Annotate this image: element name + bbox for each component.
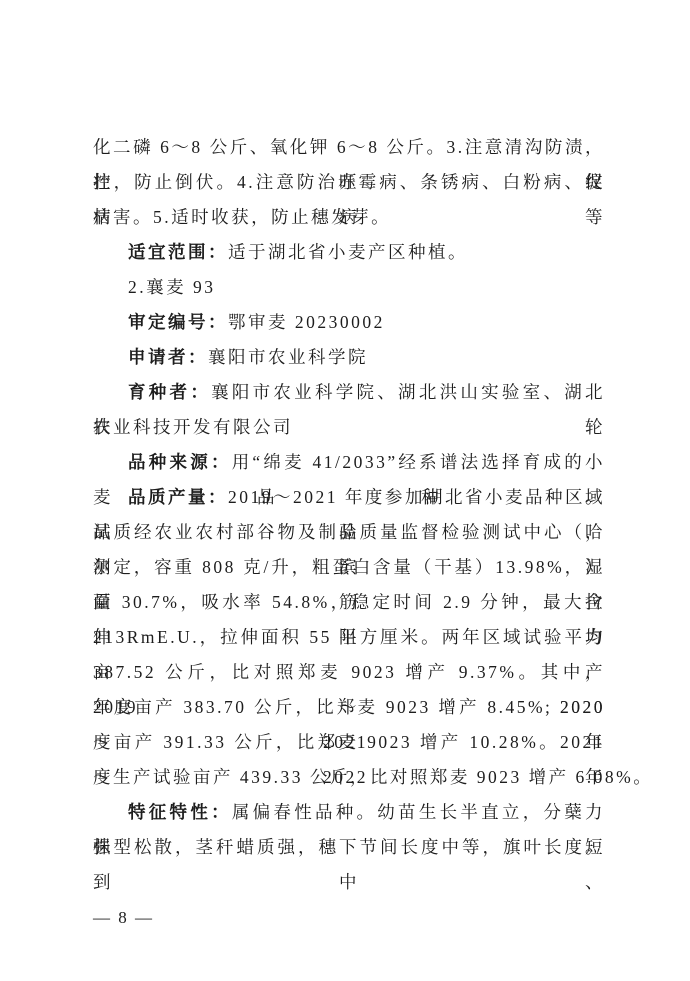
text-line: 审定编号：鄂审麦 20230002 — [93, 305, 605, 340]
text-line: 年度亩产 383.70 公斤，比郑麦 9023 增产 8.45%; 2020～2… — [93, 690, 605, 725]
field-label: 申请者： — [128, 347, 208, 367]
text-line: 度亩产 391.33 公斤，比郑麦 9023 增产 10.28%。2021～20… — [93, 725, 605, 760]
field-label: 育种者： — [128, 382, 211, 402]
document-body: 化二磷 6～8 公斤、氧化钾 6～8 公斤。3.注意清沟防渍，控旺促壮，防止倒伏… — [93, 130, 605, 865]
text-line: 株型松散，茎秆蜡质强，穗下节间长度中等，旗叶长度短到中、 — [93, 830, 605, 865]
text-line: 化二磷 6～8 公斤、氧化钾 6～8 公斤。3.注意清沟防渍，控旺促 — [93, 130, 605, 165]
text-line: 2.襄麦 93 — [93, 270, 605, 305]
text-segment: 度生产试验亩产 439.33 公斤，比对照郑麦 9023 增产 6.08%。 — [93, 767, 653, 787]
text-line: 申请者：襄阳市农业科学院 — [93, 340, 605, 375]
text-segment: 2.襄麦 93 — [128, 277, 216, 297]
text-line: 测定，容重 808 克/升，粗蛋白含量（干基）13.98%，湿面筋含 — [93, 550, 605, 585]
text-line: 度生产试验亩产 439.33 公斤，比对照郑麦 9023 增产 6.08%。 — [93, 760, 605, 795]
text-line: 213RmE.U.，拉伸面积 55 平方厘米。两年区域试验平均亩产 — [93, 620, 605, 655]
field-label: 品种来源： — [128, 452, 232, 472]
text-line: 特征特性：属偏春性品种。幼苗生长半直立，分蘖力强。 — [93, 795, 605, 830]
text-segment: 鄂审麦 20230002 — [228, 312, 385, 332]
text-line: 品质产量：2019～2021 年度参加湖北省小麦品种区域试验， — [93, 480, 605, 515]
document-page: 化二磷 6～8 公斤、氧化钾 6～8 公斤。3.注意清沟防渍，控旺促壮，防止倒伏… — [0, 0, 690, 981]
page-number: — 8 — — [93, 906, 154, 930]
text-segment: 适于湖北省小麦产区种植。 — [228, 242, 468, 262]
field-label: 审定编号： — [128, 312, 228, 332]
text-line: 品质经农业农村部谷物及制品质量监督检验测试中心（哈尔滨） — [93, 515, 605, 550]
text-segment: 农业科技开发有限公司 — [93, 417, 293, 437]
field-label: 适宜范围： — [128, 242, 228, 262]
field-label: 特征特性： — [128, 802, 232, 822]
text-line: 387.52 公斤，比对照郑麦 9023 增产 9.37%。其中，2019～20… — [93, 655, 605, 690]
text-segment: 病害。5.适时收获，防止穗发芽。 — [93, 207, 391, 227]
text-line: 育种者：襄阳市农业科学院、湖北洪山实验室、湖北扶轮 — [93, 375, 605, 410]
text-line: 品种来源：用“绵麦 41/2033”经系谱法选择育成的小麦品种。 — [93, 445, 605, 480]
text-segment: 株型松散，茎秆蜡质强，穗下节间长度中等，旗叶长度短到中、 — [93, 837, 605, 892]
text-line: 壮，防止倒伏。4.注意防治赤霉病、条锈病、白粉病、纹枯病等 — [93, 165, 605, 200]
text-line: 量 30.7%，吸水率 54.8%，稳定时间 2.9 分钟，最大拉伸阻力 — [93, 585, 605, 620]
text-segment: 襄阳市农业科学院 — [208, 347, 368, 367]
text-line: 适宜范围：适于湖北省小麦产区种植。 — [93, 235, 605, 270]
field-label: 品质产量： — [128, 487, 228, 507]
